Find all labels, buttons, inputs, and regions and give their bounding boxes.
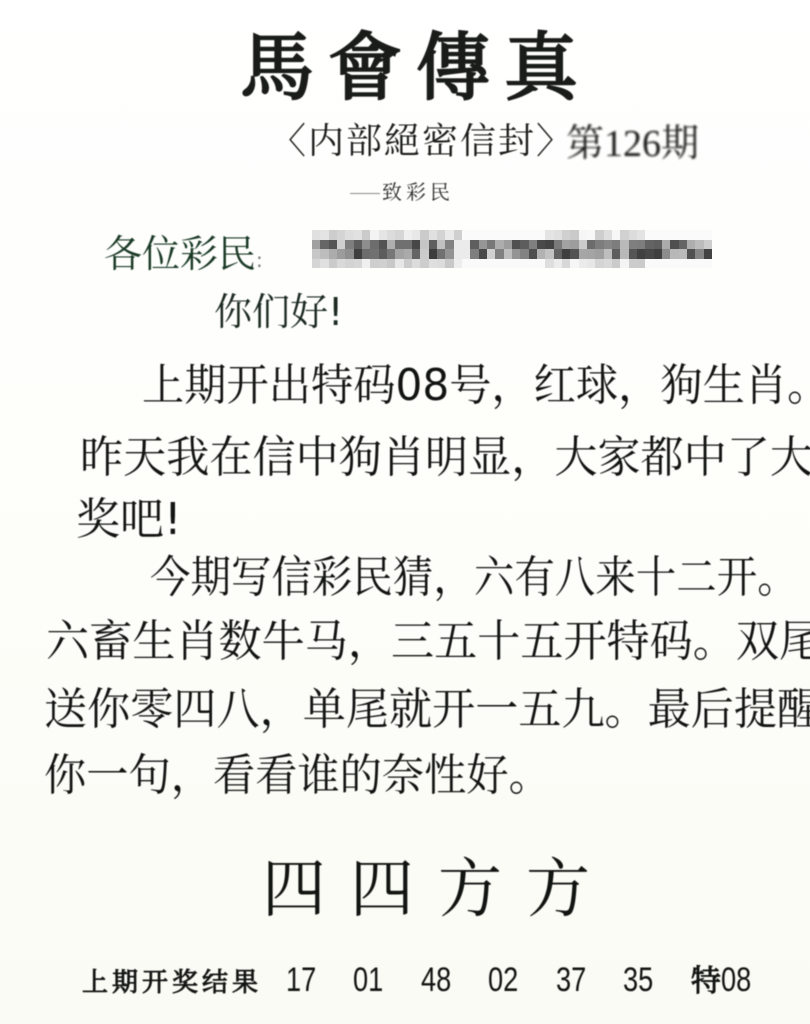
salutation-text: 各位彩民 xyxy=(104,232,256,276)
scanned-page: 馬會傳真 〈内部絕密信封〉 第126期 致彩民 各位彩民: 你们好! 上期开出特… xyxy=(0,0,810,1024)
document-title: 馬會傳真 xyxy=(240,28,600,108)
result-number: 01 xyxy=(353,958,396,1002)
paragraph-2-line-1: 今期写信彩民猜，六有八来十二开。 xyxy=(150,548,798,608)
result-number: 48 xyxy=(421,958,464,1002)
recipient-text: 致彩民 xyxy=(382,180,454,204)
salutation: 各位彩民: xyxy=(104,230,263,284)
paragraph-2-line-2: 六畜生肖数牛马，三五十五开特码。双尾 xyxy=(46,612,810,672)
last-results-row: 上期开奖结果 17 01 48 02 37 35 特08 xyxy=(82,958,759,1005)
dash-divider xyxy=(350,193,380,194)
paragraph-2-line-4: 你一句，看看谁的奈性好。 xyxy=(44,746,551,806)
redacted-url-block xyxy=(312,230,712,268)
result-number: 02 xyxy=(488,958,531,1002)
paragraph-1-line-2: 昨天我在信中狗肖明显，大家都中了大 xyxy=(80,428,810,488)
paragraph-1-line-3: 奖吧! xyxy=(76,490,182,550)
signature: 四四方方 xyxy=(262,848,614,932)
issue-number: 第126期 xyxy=(566,122,699,166)
result-number: 37 xyxy=(556,958,599,1002)
salutation-colon: : xyxy=(256,248,263,272)
greeting-text: 你们好! xyxy=(214,288,343,336)
result-number: 35 xyxy=(623,958,666,1002)
special-label: 特 xyxy=(691,964,721,999)
recipient-line: 致彩民 xyxy=(350,176,454,205)
special-number: 特08 xyxy=(691,958,759,1004)
result-number: 17 xyxy=(286,958,329,1002)
subtitle-row: 〈内部絕密信封〉 第126期 xyxy=(270,118,730,168)
document-subtitle: 〈内部絕密信封〉 xyxy=(270,120,574,164)
special-number-value: 08 xyxy=(721,958,751,1002)
paragraph-2-line-3: 送你零四八，单尾就开一五九。最后提醒 xyxy=(44,680,810,740)
results-label: 上期开奖结果 xyxy=(82,968,262,998)
paragraph-1-line-1: 上期开出特码08号，红球，狗生肖。 xyxy=(142,356,810,416)
